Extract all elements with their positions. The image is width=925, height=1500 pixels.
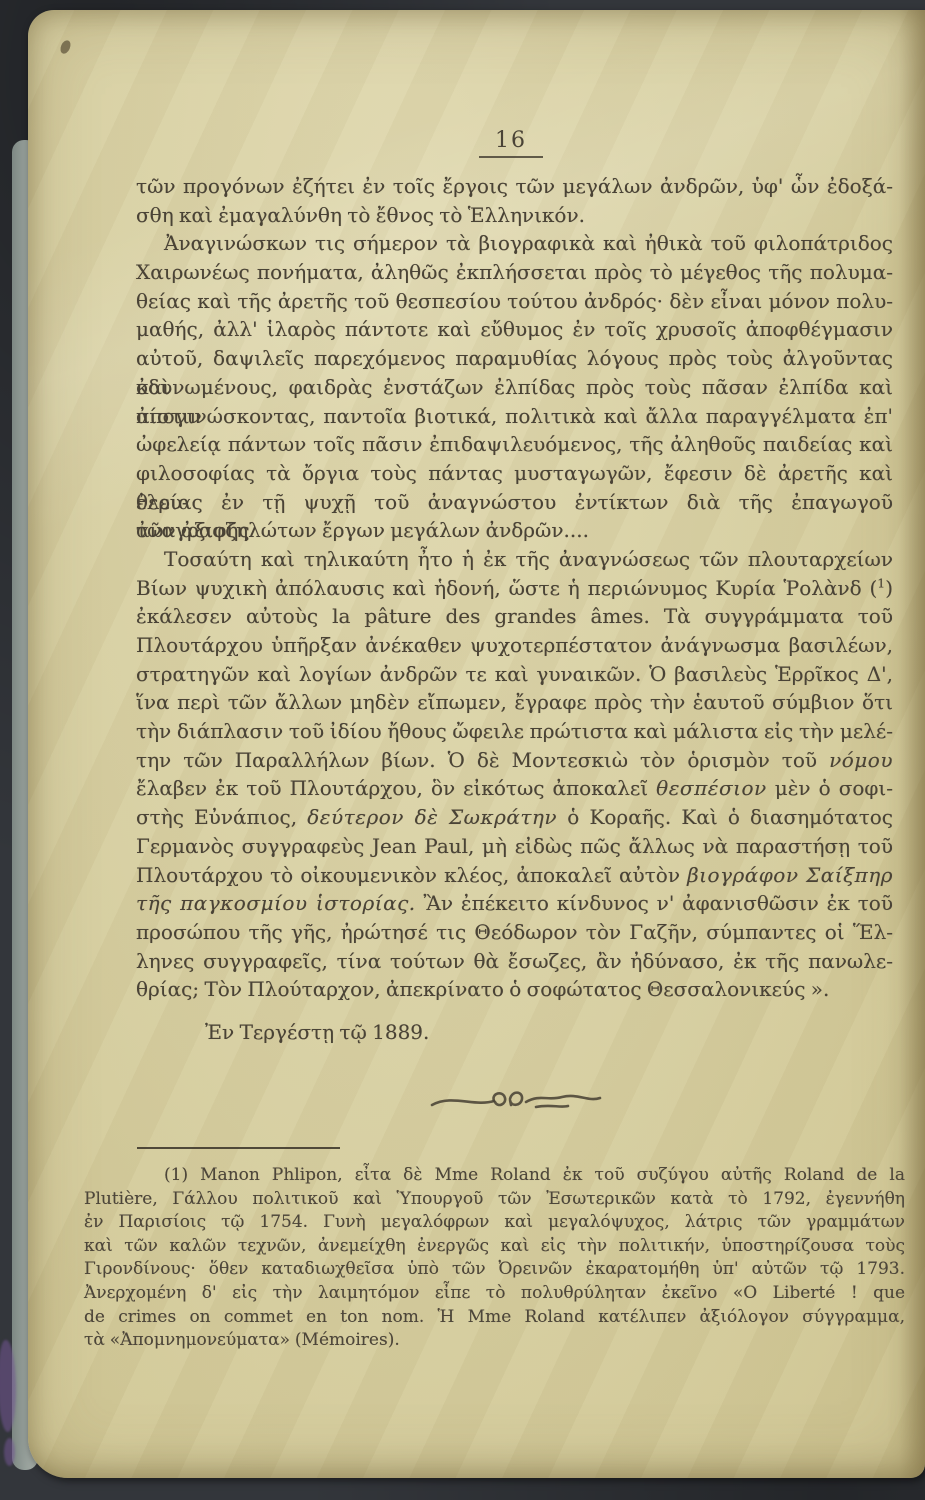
text-segment: στρατηγῶν καὶ λογίων ἀνδρῶν τε καὶ γυναι… xyxy=(136,662,893,686)
paragraph: Τοσαύτη καὶ τηλικαύτη ἦτο ἡ ἐκ τῆς ἀναγν… xyxy=(136,545,893,1004)
text-line: καὶ τῶν καλῶν τεχνῶν, ἀνεμείχθη ἐνεργῶς … xyxy=(84,1235,905,1259)
text-line: ἐκάλεσεν αὐτοὺς la pâture des grandes âm… xyxy=(136,602,893,631)
text-line: ληνες συγγραφεῖς, τίνα τούτων θὰ ἔσωζες,… xyxy=(136,947,893,976)
text-line: μαθής, ἀλλ' ἱλαρὸς πάντοτε καὶ εὔθυμος ἐ… xyxy=(136,315,893,344)
text-line: θρίας; Τὸν Πλούταρχον, ἀπεκρίνατο ὁ σοφώ… xyxy=(136,975,893,1004)
text-line: Γερμανὸς συγγραφεὺς Jean Paul, μὴ εἰδὼς … xyxy=(136,832,893,861)
text-line: Χαιρωνέως πονήματα, ἀληθῶς ἐκπλήσσεται π… xyxy=(136,258,893,287)
text-line: de crimes on commet en ton nom. Ἡ Mme Ro… xyxy=(84,1306,905,1330)
text-segment: μαθής, ἀλλ' ἱλαρὸς πάντοτε καὶ εὔθυμος ἐ… xyxy=(136,317,893,341)
text-segment: τὴν διάπλασιν τοῦ ἰδίου ἤθους ὤφειλε πρώ… xyxy=(136,719,893,743)
text-line: ἵνα περὶ τῶν ἄλλων μηδὲν εἴπωμεν, ἔγραφε… xyxy=(136,688,893,717)
text-line: ὠφελείᾳ πάντων τοῖς πᾶσιν ἐπιδαψιλευόμεν… xyxy=(136,430,893,459)
text-line: θερίας ἐν τῇ ψυχῇ τοῦ ἀναγνώστου ἐντίκτω… xyxy=(136,488,893,517)
text-line: τὰ «Ἀπομνημονεύματα» (Mémoires). xyxy=(84,1329,905,1353)
text-line: ἀπογινώσκοντας, παντοῖα βιοτικά, πολιτικ… xyxy=(136,402,893,431)
paragraph: (1) Manon Phlipon, εἶτα δὲ Mme Roland ἐκ… xyxy=(84,1164,905,1353)
flourish-ornament xyxy=(428,1080,604,1120)
text-line: Ἀναγινώσκων τις σήμερον τὰ βιογραφικὰ κα… xyxy=(136,229,893,258)
body-paragraphs: τῶν προγόνων ἐζήτει ἐν τοῖς ἔργοις τῶν μ… xyxy=(136,172,893,1004)
text-line: φιλοσοφίας τὰ ὄργια τοὺς πάντας μυσταγωγ… xyxy=(136,459,893,488)
book-page: 16 τῶν προγόνων ἐζήτει ἐν τοῖς ἔργοις τῶ… xyxy=(28,10,925,1478)
text-line: Τοσαύτη καὶ τηλικαύτη ἦτο ἡ ἐκ τῆς ἀναγν… xyxy=(136,545,893,574)
ink-dot-stain xyxy=(59,39,73,55)
page-number: 16 xyxy=(456,128,566,158)
text-segment: ) xyxy=(885,576,893,600)
text-line: θείας καὶ τῆς ἀρετῆς τοῦ θεσπεσίου τούτο… xyxy=(136,287,893,316)
text-segment: ὁ Κοραῆς. Καὶ ὁ διασημότατος xyxy=(557,805,893,829)
text-segment: Plutière, Γάλλου πολιτικοῦ καὶ Ὑπουργοῦ … xyxy=(84,1189,905,1209)
text-segment: τὰ «Ἀπομνημονεύματα» (Mémoires). xyxy=(84,1330,400,1350)
text-segment: Γιρονδίνους· ὅθεν καταδιωχθεῖσα ὑπὸ τῶν … xyxy=(84,1259,905,1279)
footnote-reference: 1 xyxy=(877,575,885,590)
emphasized-text: θεσπέσιον xyxy=(656,776,767,800)
paragraph: τῶν προγόνων ἐζήτει ἐν τοῖς ἔργοις τῶν μ… xyxy=(136,172,893,229)
text-segment: Ἀναγινώσκων τις σήμερον τὰ βιογραφικὰ κα… xyxy=(164,231,893,255)
text-segment: τῶν προγόνων ἐζήτει ἐν τοῖς ἔργοις τῶν μ… xyxy=(136,174,893,198)
text-segment: στὴς Εὐνάπιος, xyxy=(136,805,307,829)
text-segment: de crimes on commet en ton nom. Ἡ Mme Ro… xyxy=(84,1307,905,1327)
body-text: τῶν προγόνων ἐζήτει ἐν τοῖς ἔργοις τῶν μ… xyxy=(136,172,893,1047)
text-line: την τῶν Παραλλήλων βίων. Ὁ δὲ Μοντεσκιὼ … xyxy=(136,746,893,775)
text-line: Γιρονδίνους· ὅθεν καταδιωχθεῖσα ὑπὸ τῶν … xyxy=(84,1258,905,1282)
text-line: (1) Manon Phlipon, εἶτα δὲ Mme Roland ἐκ… xyxy=(84,1164,905,1188)
text-line: τῆς παγκοσμίου ἱστορίας. Ἂν ἐπέκειτο κίν… xyxy=(136,889,893,918)
footnote-separator xyxy=(137,1147,340,1149)
emphasized-text: νόμου xyxy=(829,748,893,772)
text-segment: Πλουτάρχου ὑπῆρξαν ἀνέκαθεν ψυχοτερπέστα… xyxy=(136,633,893,657)
text-line: Βίων ψυχικὴ ἀπόλαυσις καὶ ἡδονή, ὥστε ἡ … xyxy=(136,574,893,603)
text-segment: προσώπου τῆς γῆς, ἠρώτησέ τις Θεόδωρον τ… xyxy=(136,920,893,944)
footnote: (1) Manon Phlipon, εἶτα δὲ Mme Roland ἐκ… xyxy=(84,1164,905,1353)
text-segment: ἵνα περὶ τῶν ἄλλων μηδὲν εἴπωμεν, ἔγραφε… xyxy=(136,690,893,714)
text-line: ὀδυνωμένους, φαιδρὰς ἐνστάζων ἐλπίδας πρ… xyxy=(136,373,893,402)
text-line: τῶν προγόνων ἐζήτει ἐν τοῖς ἔργοις τῶν μ… xyxy=(136,172,893,201)
text-line: Πλουτάρχου τὸ οἰκουμενικὸν κλέος, ἀποκαλ… xyxy=(136,861,893,890)
emphasized-text: δεύτερον δὲ Σωκράτην xyxy=(307,805,557,829)
text-line: Ἀνερχομένη δ' εἰς τὴν λαιμητόμον εἶπε τὸ… xyxy=(84,1282,905,1306)
text-line: στρατηγῶν καὶ λογίων ἀνδρῶν τε καὶ γυναι… xyxy=(136,660,893,689)
text-segment: θείας καὶ τῆς ἀρετῆς τοῦ θεσπεσίου τούτο… xyxy=(136,289,893,313)
text-segment: Ἀνερχομένη δ' εἰς τὴν λαιμητόμον εἶπε τὸ… xyxy=(84,1283,905,1303)
text-line: ἔλαβεν ἐκ τοῦ Πλουτάρχου, ὃν εἰκότως ἀπο… xyxy=(136,774,893,803)
text-line: προσώπου τῆς γῆς, ἠρώτησέ τις Θεόδωρον τ… xyxy=(136,918,893,947)
text-segment: Τοσαύτη καὶ τηλικαύτη ἦτο ἡ ἐκ τῆς ἀναγν… xyxy=(164,547,893,571)
page-number-label: 16 xyxy=(479,128,543,158)
text-segment: θρίας; Τὸν Πλούταρχον, ἀπεκρίνατο ὁ σοφώ… xyxy=(136,977,829,1001)
emphasized-text: τῆς παγκοσμίου ἱστορίας. xyxy=(136,891,416,915)
text-segment: ἔλαβεν ἐκ τοῦ Πλουτάρχου, ὃν εἰκότως ἀπο… xyxy=(136,776,656,800)
text-line: ἐν Παρισίοις τῷ 1754. Γυνὴ μεγαλόφρων κα… xyxy=(84,1211,905,1235)
text-segment: τῶν ἀξιοζηλώτων ἔργων μεγάλων ἀνδρῶν.... xyxy=(136,518,589,542)
purple-stain-small xyxy=(4,1438,15,1466)
text-segment: ἀπογινώσκοντας, παντοῖα βιοτικά, πολιτικ… xyxy=(136,404,893,428)
text-line: αὐτοῦ, δαψιλεῖς παρεχόμενος παραμυθίας λ… xyxy=(136,344,893,373)
scan-background: 16 τῶν προγόνων ἐζήτει ἐν τοῖς ἔργοις τῶ… xyxy=(0,0,925,1500)
text-segment: την τῶν Παραλλήλων βίων. Ὁ δὲ Μοντεσκιὼ … xyxy=(136,748,829,772)
text-segment: Ἂν ἐπέκειτο κίνδυνος ν' ἀφανισθῶσιν ἐκ τ… xyxy=(416,891,893,915)
emphasized-text: βιογράφον Σαίξπηρ xyxy=(687,863,893,887)
text-line: σθη καὶ ἐμαγαλύνθη τὸ ἔθνος τὸ Ἑλληνικόν… xyxy=(136,201,893,230)
dateline: Ἐν Τεργέστῃ τῷ 1889. xyxy=(205,1018,893,1047)
text-line: στὴς Εὐνάπιος, δεύτερον δὲ Σωκράτην ὁ Κο… xyxy=(136,803,893,832)
text-segment: ἐν Παρισίοις τῷ 1754. Γυνὴ μεγαλόφρων κα… xyxy=(84,1212,905,1232)
text-segment: μὲν ὁ σοφι- xyxy=(767,776,893,800)
text-segment: σθη καὶ ἐμαγαλύνθη τὸ ἔθνος τὸ Ἑλληνικόν… xyxy=(136,203,585,227)
text-line: Πλουτάρχου ὑπῆρξαν ἀνέκαθεν ψυχοτερπέστα… xyxy=(136,631,893,660)
text-segment: Βίων ψυχικὴ ἀπόλαυσις καὶ ἡδονή, ὥστε ἡ … xyxy=(136,576,877,600)
text-line: Plutière, Γάλλου πολιτικοῦ καὶ Ὑπουργοῦ … xyxy=(84,1188,905,1212)
text-segment: Χαιρωνέως πονήματα, ἀληθῶς ἐκπλήσσεται π… xyxy=(136,260,893,284)
text-line: τὴν διάπλασιν τοῦ ἰδίου ἤθους ὤφειλε πρώ… xyxy=(136,717,893,746)
text-segment: ὠφελείᾳ πάντων τοῖς πᾶσιν ἐπιδαψιλευόμεν… xyxy=(136,432,893,456)
text-segment: Γερμανὸς συγγραφεὺς Jean Paul, μὴ εἰδὼς … xyxy=(136,834,893,858)
text-segment: καὶ τῶν καλῶν τεχνῶν, ἀνεμείχθη ἐνεργῶς … xyxy=(84,1236,905,1256)
text-segment: ἐκάλεσεν αὐτοὺς la pâture des grandes âm… xyxy=(136,604,893,628)
text-line: τῶν ἀξιοζηλώτων ἔργων μεγάλων ἀνδρῶν.... xyxy=(136,516,893,545)
text-segment: ληνες συγγραφεῖς, τίνα τούτων θὰ ἔσωζες,… xyxy=(136,949,893,973)
paragraph: Ἀναγινώσκων τις σήμερον τὰ βιογραφικὰ κα… xyxy=(136,229,893,545)
text-segment: Πλουτάρχου τὸ οἰκουμενικὸν κλέος, ἀποκαλ… xyxy=(136,863,687,887)
text-segment: (1) Manon Phlipon, εἶτα δὲ Mme Roland ἐκ… xyxy=(164,1165,905,1185)
